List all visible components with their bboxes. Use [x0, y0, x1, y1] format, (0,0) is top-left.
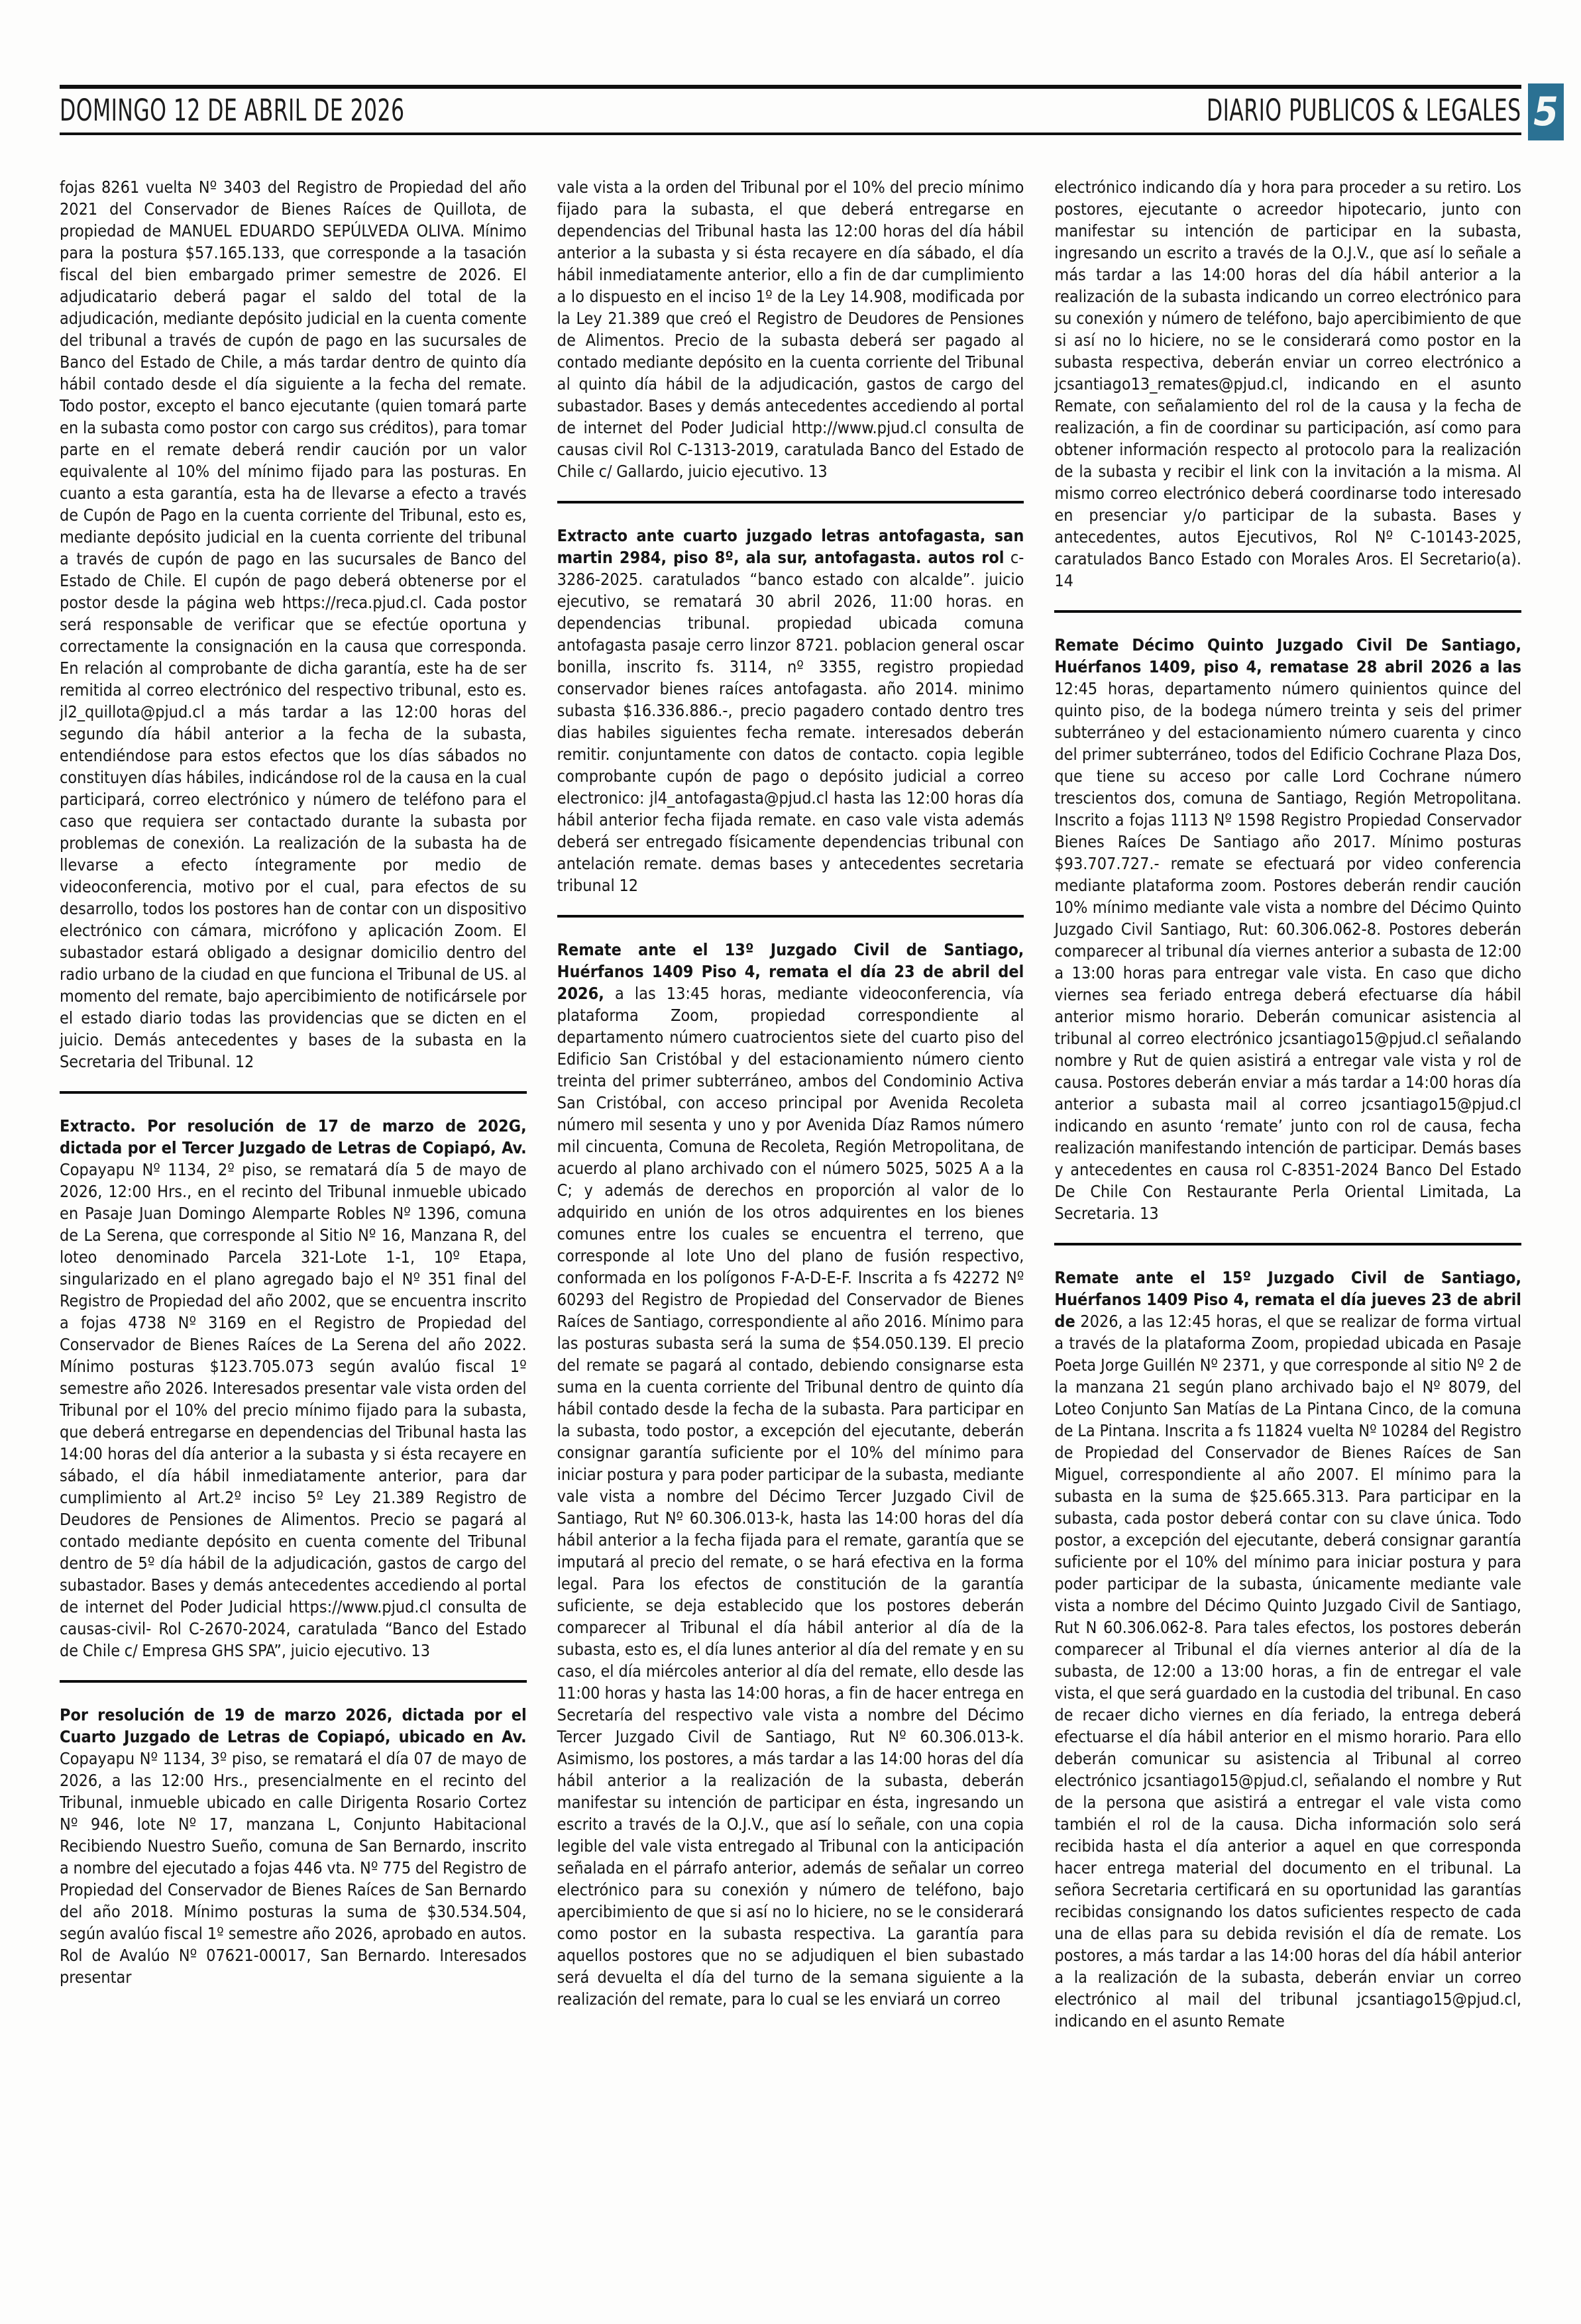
notice-body: Copayapu Nº 1134, 2º piso, se rematará d…: [60, 1160, 527, 1660]
notice-separator: [60, 1091, 527, 1094]
page-number: 5: [1533, 92, 1558, 132]
column-1: fojas 8261 vuelta Nº 3403 del Registro d…: [60, 176, 527, 2032]
notice-body: c-3286-2025. caratulados “banco estado c…: [557, 548, 1024, 895]
notice-lead: Extracto. Por resolución de 17 de marzo …: [60, 1116, 527, 1157]
notice-lead: Extracto ante cuarto juzgado letras anto…: [557, 526, 1024, 567]
notice-body: 2026, a las 12:45 horas, el que se reali…: [1054, 1312, 1521, 2031]
notice-separator: [1054, 610, 1521, 613]
notice-separator: [1054, 1243, 1521, 1245]
notice-body: a las 13:45 horas, mediante videoconfere…: [557, 984, 1024, 2009]
notice-body: vale vista a la orden del Tribunal por e…: [557, 178, 1024, 481]
notices-columns: fojas 8261 vuelta Nº 3403 del Registro d…: [60, 176, 1521, 2032]
notice-lead: Por resolución de 19 de marzo 2026, dict…: [60, 1705, 527, 1746]
newspaper-page: DOMINGO 12 DE ABRIL DE 2026 DIARIO PUBLI…: [0, 0, 1581, 2324]
notice-body: Copayapu Nº 1134, 3º piso, se rematará e…: [60, 1749, 527, 1987]
column-3: electrónico indicando día y hora para pr…: [1054, 176, 1521, 2032]
issue-date: DOMINGO 12 DE ABRIL DE 2026: [60, 93, 404, 128]
brand-title: DIARIO PUBLICOS & LEGALES: [1207, 93, 1521, 128]
notice-lead: Remate Décimo Quinto Juzgado Civil De Sa…: [1054, 635, 1521, 676]
legal-notice: Remate ante el 15º Juzgado Civil de Sant…: [1054, 1267, 1521, 2032]
notice-separator: [60, 1680, 527, 1683]
column-2: vale vista a la orden del Tribunal por e…: [557, 176, 1024, 2032]
page-number-badge: 5: [1528, 83, 1564, 140]
legal-notice: Remate Décimo Quinto Juzgado Civil De Sa…: [1054, 634, 1521, 1224]
legal-notice: Extracto ante cuarto juzgado letras anto…: [557, 525, 1024, 896]
legal-notice: Remate ante el 13º Juzgado Civil de Sant…: [557, 939, 1024, 2010]
notice-separator: [557, 915, 1024, 918]
legal-notice: electrónico indicando día y hora para pr…: [1054, 176, 1521, 592]
notice-separator: [557, 501, 1024, 503]
legal-notice: Por resolución de 19 de marzo 2026, dict…: [60, 1704, 527, 1988]
masthead: DOMINGO 12 DE ABRIL DE 2026 DIARIO PUBLI…: [60, 85, 1521, 135]
notice-body: electrónico indicando día y hora para pr…: [1054, 178, 1521, 590]
notice-body: fojas 8261 vuelta Nº 3403 del Registro d…: [60, 178, 527, 1071]
masthead-row: DOMINGO 12 DE ABRIL DE 2026 DIARIO PUBLI…: [60, 93, 1521, 127]
legal-notice: vale vista a la orden del Tribunal por e…: [557, 176, 1024, 482]
legal-notice: fojas 8261 vuelta Nº 3403 del Registro d…: [60, 176, 527, 1073]
notice-body: 12:45 horas, departamento número quinien…: [1054, 679, 1521, 1223]
legal-notice: Extracto. Por resolución de 17 de marzo …: [60, 1115, 527, 1662]
